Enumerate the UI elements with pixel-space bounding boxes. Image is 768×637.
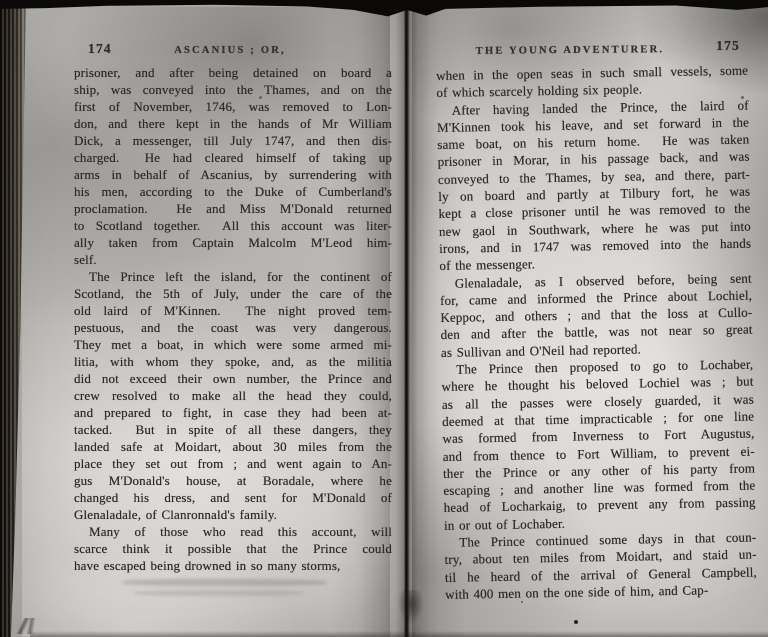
- text-line: and prepared to fight, in case they had …: [74, 404, 392, 421]
- text-line: They met a boat, in which were some arme…: [74, 336, 392, 353]
- left-page-body: prisoner, and after being detained on bo…: [74, 64, 392, 574]
- book-gutter-shadow: [382, 6, 430, 637]
- text-line: The Prince left the island, for the cont…: [74, 268, 392, 285]
- text-line: prisoner, and after being detained on bo…: [74, 64, 392, 81]
- text-line: arms in behalf of Ascanius, by surrender…: [74, 166, 392, 183]
- text-line: to Scotland together. All this account w…: [74, 217, 392, 234]
- paper-speck: [741, 96, 744, 99]
- right-page-number: 175: [716, 38, 740, 54]
- bottom-left-corner-marks: [2, 618, 48, 634]
- left-page: 174 ASCANIUS ; OR, prisoner, and after b…: [22, 7, 390, 637]
- text-line: have escaped being drowned in so many st…: [74, 557, 392, 574]
- text-line: Dick, a messenger, till July 1747, and t…: [74, 132, 392, 149]
- text-line: gus M'Donald's house, at Boradale, where…: [74, 472, 392, 489]
- text-line: proclamation. He and Miss M'Donald retur…: [74, 200, 392, 217]
- text-line: landed safe at Moidart, about 30 miles f…: [74, 438, 392, 455]
- text-line: pestuous, and the coast was very dangero…: [74, 319, 392, 336]
- text-line: ally taken from Captain Malcolm M'Leod h…: [74, 234, 392, 251]
- text-line: charged. He had cleared himself of takin…: [74, 149, 392, 166]
- text-line: tacked. But in spite of all these danger…: [74, 421, 392, 438]
- text-line: don, and there kept in the hands of Mr W…: [74, 115, 392, 132]
- text-line: scarce think it possible that the Prince…: [74, 540, 392, 557]
- text-line: did not exceed their own number, the Pri…: [74, 370, 392, 387]
- show-through-text-smudge: [134, 590, 304, 596]
- paper-speck: [259, 96, 262, 99]
- text-line: litia, with whom they spoke, and, as the…: [74, 353, 392, 370]
- right-page-body: when in the open seas in such small vess…: [436, 62, 757, 604]
- show-through-text-smudge: [122, 579, 327, 586]
- text-line: Scotland, the 5th of July, under the car…: [74, 285, 392, 302]
- text-line: his men, according to the Duke of Cumber…: [74, 183, 392, 200]
- gutter-ink-blot: [398, 590, 424, 624]
- paper-speck: [521, 601, 523, 603]
- right-running-title: THE YOUNG ADVENTURER.: [476, 44, 665, 57]
- text-line: self.: [74, 251, 392, 268]
- text-line: old laird of M'Kinnen. The night proved …: [74, 302, 392, 319]
- text-line: first of November, 1746, was removed to …: [74, 98, 392, 115]
- text-line: ship, was conveyed into the Thames, and …: [74, 81, 392, 98]
- book-photo: 174 ASCANIUS ; OR, prisoner, and after b…: [0, 0, 768, 637]
- text-line: Glenaladale, of Clanronnald's family.: [74, 506, 392, 523]
- text-line: Many of those who read this account, wil…: [74, 523, 392, 540]
- photo-bottom-shade: [30, 631, 768, 637]
- paper-speck: [574, 620, 578, 624]
- text-line: place they set out from ; and went again…: [74, 455, 392, 472]
- text-line: changed his dress, and sent for M'Donald…: [74, 489, 392, 506]
- left-page-number: 174: [88, 41, 112, 57]
- right-page: THE YOUNG ADVENTURER. 175 when in the op…: [412, 5, 768, 637]
- text-line: crew resolved to make all the head they …: [74, 387, 392, 404]
- left-running-title: ASCANIUS ; OR,: [174, 45, 286, 56]
